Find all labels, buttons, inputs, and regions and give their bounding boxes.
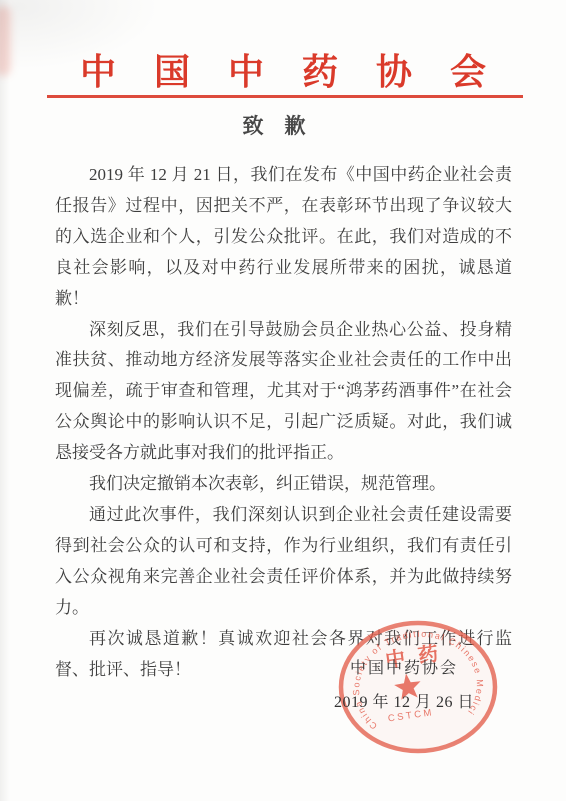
signature-organization: 中国中药协会 xyxy=(350,655,458,678)
document-title: 致 歉 xyxy=(0,110,557,140)
letterhead-rule xyxy=(47,95,523,98)
apology-letter-page: 中国中药协会 致 歉 2019 年 12 月 21 日，我们在发布《中国中药企业… xyxy=(0,0,566,801)
paragraph-2: 深刻反思，我们在引导鼓励会员企业热心公益、投身精准扶贫、推动地方经济发展等落实企… xyxy=(55,315,512,470)
paragraph-3: 我们决定撤销本次表彰，纠正错误，规范管理。 xyxy=(55,469,512,500)
paragraph-1: 2019 年 12 月 21 日，我们在发布《中国中药企业社会责任报告》过程中，… xyxy=(55,160,512,315)
paragraph-4: 通过此次事件，我们深刻认识到企业社会责任建设需要得到社会公众的认可和支持，作为行… xyxy=(55,500,512,624)
seal-ring xyxy=(341,623,495,751)
signature-date: 2019 年 12 月 26 日 xyxy=(334,689,474,712)
letterhead-title: 中国中药协会 xyxy=(0,44,566,95)
letter-body: 2019 年 12 月 21 日，我们在发布《中国中药企业社会责任报告》过程中，… xyxy=(55,160,512,685)
